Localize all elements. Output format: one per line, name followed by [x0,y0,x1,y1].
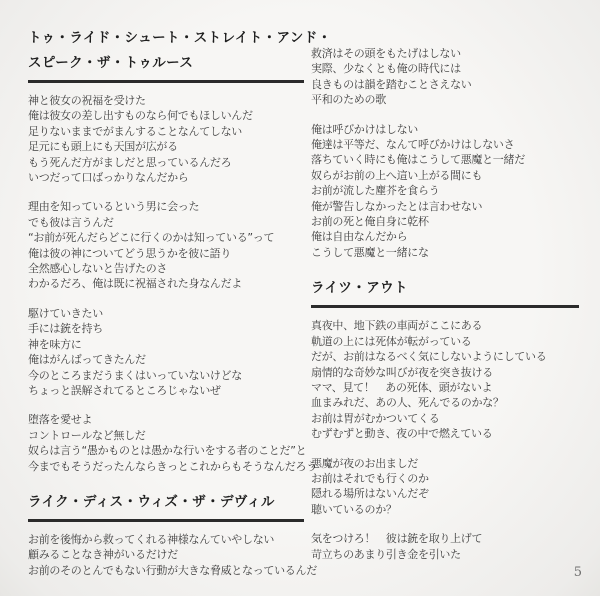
lyric-line: 俺が警告しなかったとは言わせない [311,199,579,214]
lyric-line: 俺は自由なんだから [311,229,579,244]
lyric-line: 良きものは韻を踏むことさえない [311,77,579,92]
song-section: ライク・ディス・ウィズ・ザ・デヴィルお前を後悔から救ってくれる神様なんていやしな… [28,490,304,578]
lyric-line: 俺は呼びかけはしない [311,122,579,137]
song-title-line: スピーク・ザ・トゥルース [28,51,304,76]
lyric-line: 駆けていきたい [28,306,304,321]
lyric-line: わかるだろ、俺は既に祝福された身なんだよ [28,276,304,291]
lyric-line: 俺は彼女の差し出すものなら何でもほしいんだ [28,108,304,123]
lyric-line: 軌道の上には死体が転がっている [311,334,579,349]
lyrics-stanza: 真夜中、地下鉄の車両がここにある軌道の上には死体が転がっているだが、お前はなるべ… [311,318,579,441]
lyric-line: ママ、見て！ あの死体、頭がないよ [311,380,579,395]
right-column: 救済はその頭をもたげはしない実際、少なくとも俺の時代には良きものは韻を踏むことさ… [311,46,579,576]
lyric-line: 救済はその頭をもたげはしない [311,46,579,61]
lyrics-stanza: 神と彼女の祝福を受けた俺は彼女の差し出すものなら何でもほしいんだ足りないままでが… [28,93,304,185]
page-number: 5 [574,565,582,580]
lyric-line: 全然感心しないと告げたのさ [28,261,304,276]
lyric-line: 血まみれだ、あの人、死んでるのかな？ [311,395,579,410]
lyric-line: 扇情的な奇妙な叫びが夜を突き抜ける [311,365,579,380]
lyric-line: 手には銃を持ち [28,321,304,336]
lyrics-stanza: 俺は呼びかけはしない俺達は平等だ、なんて呼びかけはしないさ落ちていく時にも俺はこ… [311,122,579,261]
lyric-line: 俺は彼の神についてどう思うかを彼に語り [28,246,304,261]
lyrics-stanza: 救済はその頭をもたげはしない実際、少なくとも俺の時代には良きものは韻を踏むことさ… [311,46,579,108]
lyric-line: ちょっと誤解されてるところじゃないぜ [28,383,304,398]
lyric-line: 奴らは言う“愚かものとは愚かな行いをする者のことだ”と [28,443,304,458]
song-title: ライツ・アウト [311,276,579,308]
lyric-line: 気をつけろ！ 彼は銃を取り上げて [311,531,579,546]
lyric-line: 悪魔が夜のお出ましだ [311,456,579,471]
lyric-line: 神を味方に [28,337,304,352]
lyric-line: “お前が死んだらどこに行くのかは知っている”って [28,230,304,245]
lyric-line: いつだって口ばっかりなんだから [28,170,304,185]
lyric-line: コントロールなど無しだ [28,428,304,443]
lyrics-stanza: 理由を知っているという男に会ったでも彼は言うんだ“お前が死んだらどこに行くのかは… [28,199,304,291]
lyric-line: むずむずと動き、夜の中で燃えている [311,426,579,441]
lyric-line: 平和のための歌 [311,92,579,107]
lyrics-stanza: 悪魔が夜のお出ましだお前はそれでも行くのか隠れる場所はないんだぞ聴いているのか？ [311,456,579,518]
lyric-line: 奴らがお前の上へ這い上がる間にも [311,168,579,183]
lyric-line: だが、お前はなるべく気にしないようにしている [311,349,579,364]
lyric-line: お前を後悔から救ってくれる神様なんていやしない [28,532,304,547]
lyric-line: お前の死と俺自身に乾杯 [311,214,579,229]
lyric-line: 足りないままでがまんすることなんてしない [28,124,304,139]
lyric-line: でも彼は言うんだ [28,215,304,230]
lyric-line: 隠れる場所はないんだぞ [311,486,579,501]
lyric-line: 堕落を愛せよ [28,412,304,427]
left-column: トゥ・ライド・シュート・ストレイト・アンド・スピーク・ザ・トゥルース神と彼女の祝… [28,26,304,592]
lyric-line: 落ちていく時にも俺はこうして悪魔と一緒だ [311,152,579,167]
song-title-line: ライク・ディス・ウィズ・ザ・デヴィル [28,490,304,515]
song-section: ライツ・アウト真夜中、地下鉄の車両がここにある軌道の上には死体が転がっているだが… [311,276,579,562]
lyric-line: 苛立ちのあまり引き金を引いた [311,547,579,562]
lyric-line: 顧みることなき神がいるだけだ [28,547,304,562]
booklet-page: トゥ・ライド・シュート・ストレイト・アンド・スピーク・ザ・トゥルース神と彼女の祝… [0,0,600,596]
lyric-line: 俺はがんばってきたんだ [28,352,304,367]
lyric-line: お前はそれでも行くのか [311,471,579,486]
lyric-line: 俺達は平等だ、なんて呼びかけはしないさ [311,137,579,152]
song-title: トゥ・ライド・シュート・ストレイト・アンド・スピーク・ザ・トゥルース [28,26,304,83]
lyric-line: 今までもそうだったんならきっとこれからもそうなんだろう [28,459,304,474]
lyric-line: 真夜中、地下鉄の車両がここにある [311,318,579,333]
song-section: 救済はその頭をもたげはしない実際、少なくとも俺の時代には良きものは韻を踏むことさ… [311,46,579,260]
lyrics-stanza: 気をつけろ！ 彼は銃を取り上げて苛立ちのあまり引き金を引いた [311,531,579,562]
lyric-line: 足元にも頭上にも天国が広がる [28,139,304,154]
lyric-line: もう死んだ方がましだと思っているんだろ [28,155,304,170]
lyrics-stanza: 駆けていきたい手には銃を持ち神を味方に俺はがんばってきたんだ今のところまだうまく… [28,306,304,398]
song-title-line: ライツ・アウト [311,276,579,301]
lyric-line: お前が流した塵芥を食らう [311,183,579,198]
lyric-line: 今のところまだうまくはいっていないけどな [28,368,304,383]
lyric-line: お前のそのとんでもない行動が大きな脅威となっているんだ [28,563,304,578]
lyric-line: 聴いているのか？ [311,502,579,517]
lyric-line: 理由を知っているという男に会った [28,199,304,214]
lyric-line: 神と彼女の祝福を受けた [28,93,304,108]
lyric-line: こうして悪魔と一緒にな [311,245,579,260]
song-title: ライク・ディス・ウィズ・ザ・デヴィル [28,490,304,522]
song-title-line: トゥ・ライド・シュート・ストレイト・アンド・ [28,26,304,51]
lyric-line: 実際、少なくとも俺の時代には [311,61,579,76]
lyrics-stanza: 堕落を愛せよコントロールなど無しだ奴らは言う“愚かものとは愚かな行いをする者のこ… [28,412,304,474]
lyrics-stanza: お前を後悔から救ってくれる神様なんていやしない顧みることなき神がいるだけだお前の… [28,532,304,578]
song-section: トゥ・ライド・シュート・ストレイト・アンド・スピーク・ザ・トゥルース神と彼女の祝… [28,26,304,474]
lyric-line: お前は胃がむかついてくる [311,411,579,426]
